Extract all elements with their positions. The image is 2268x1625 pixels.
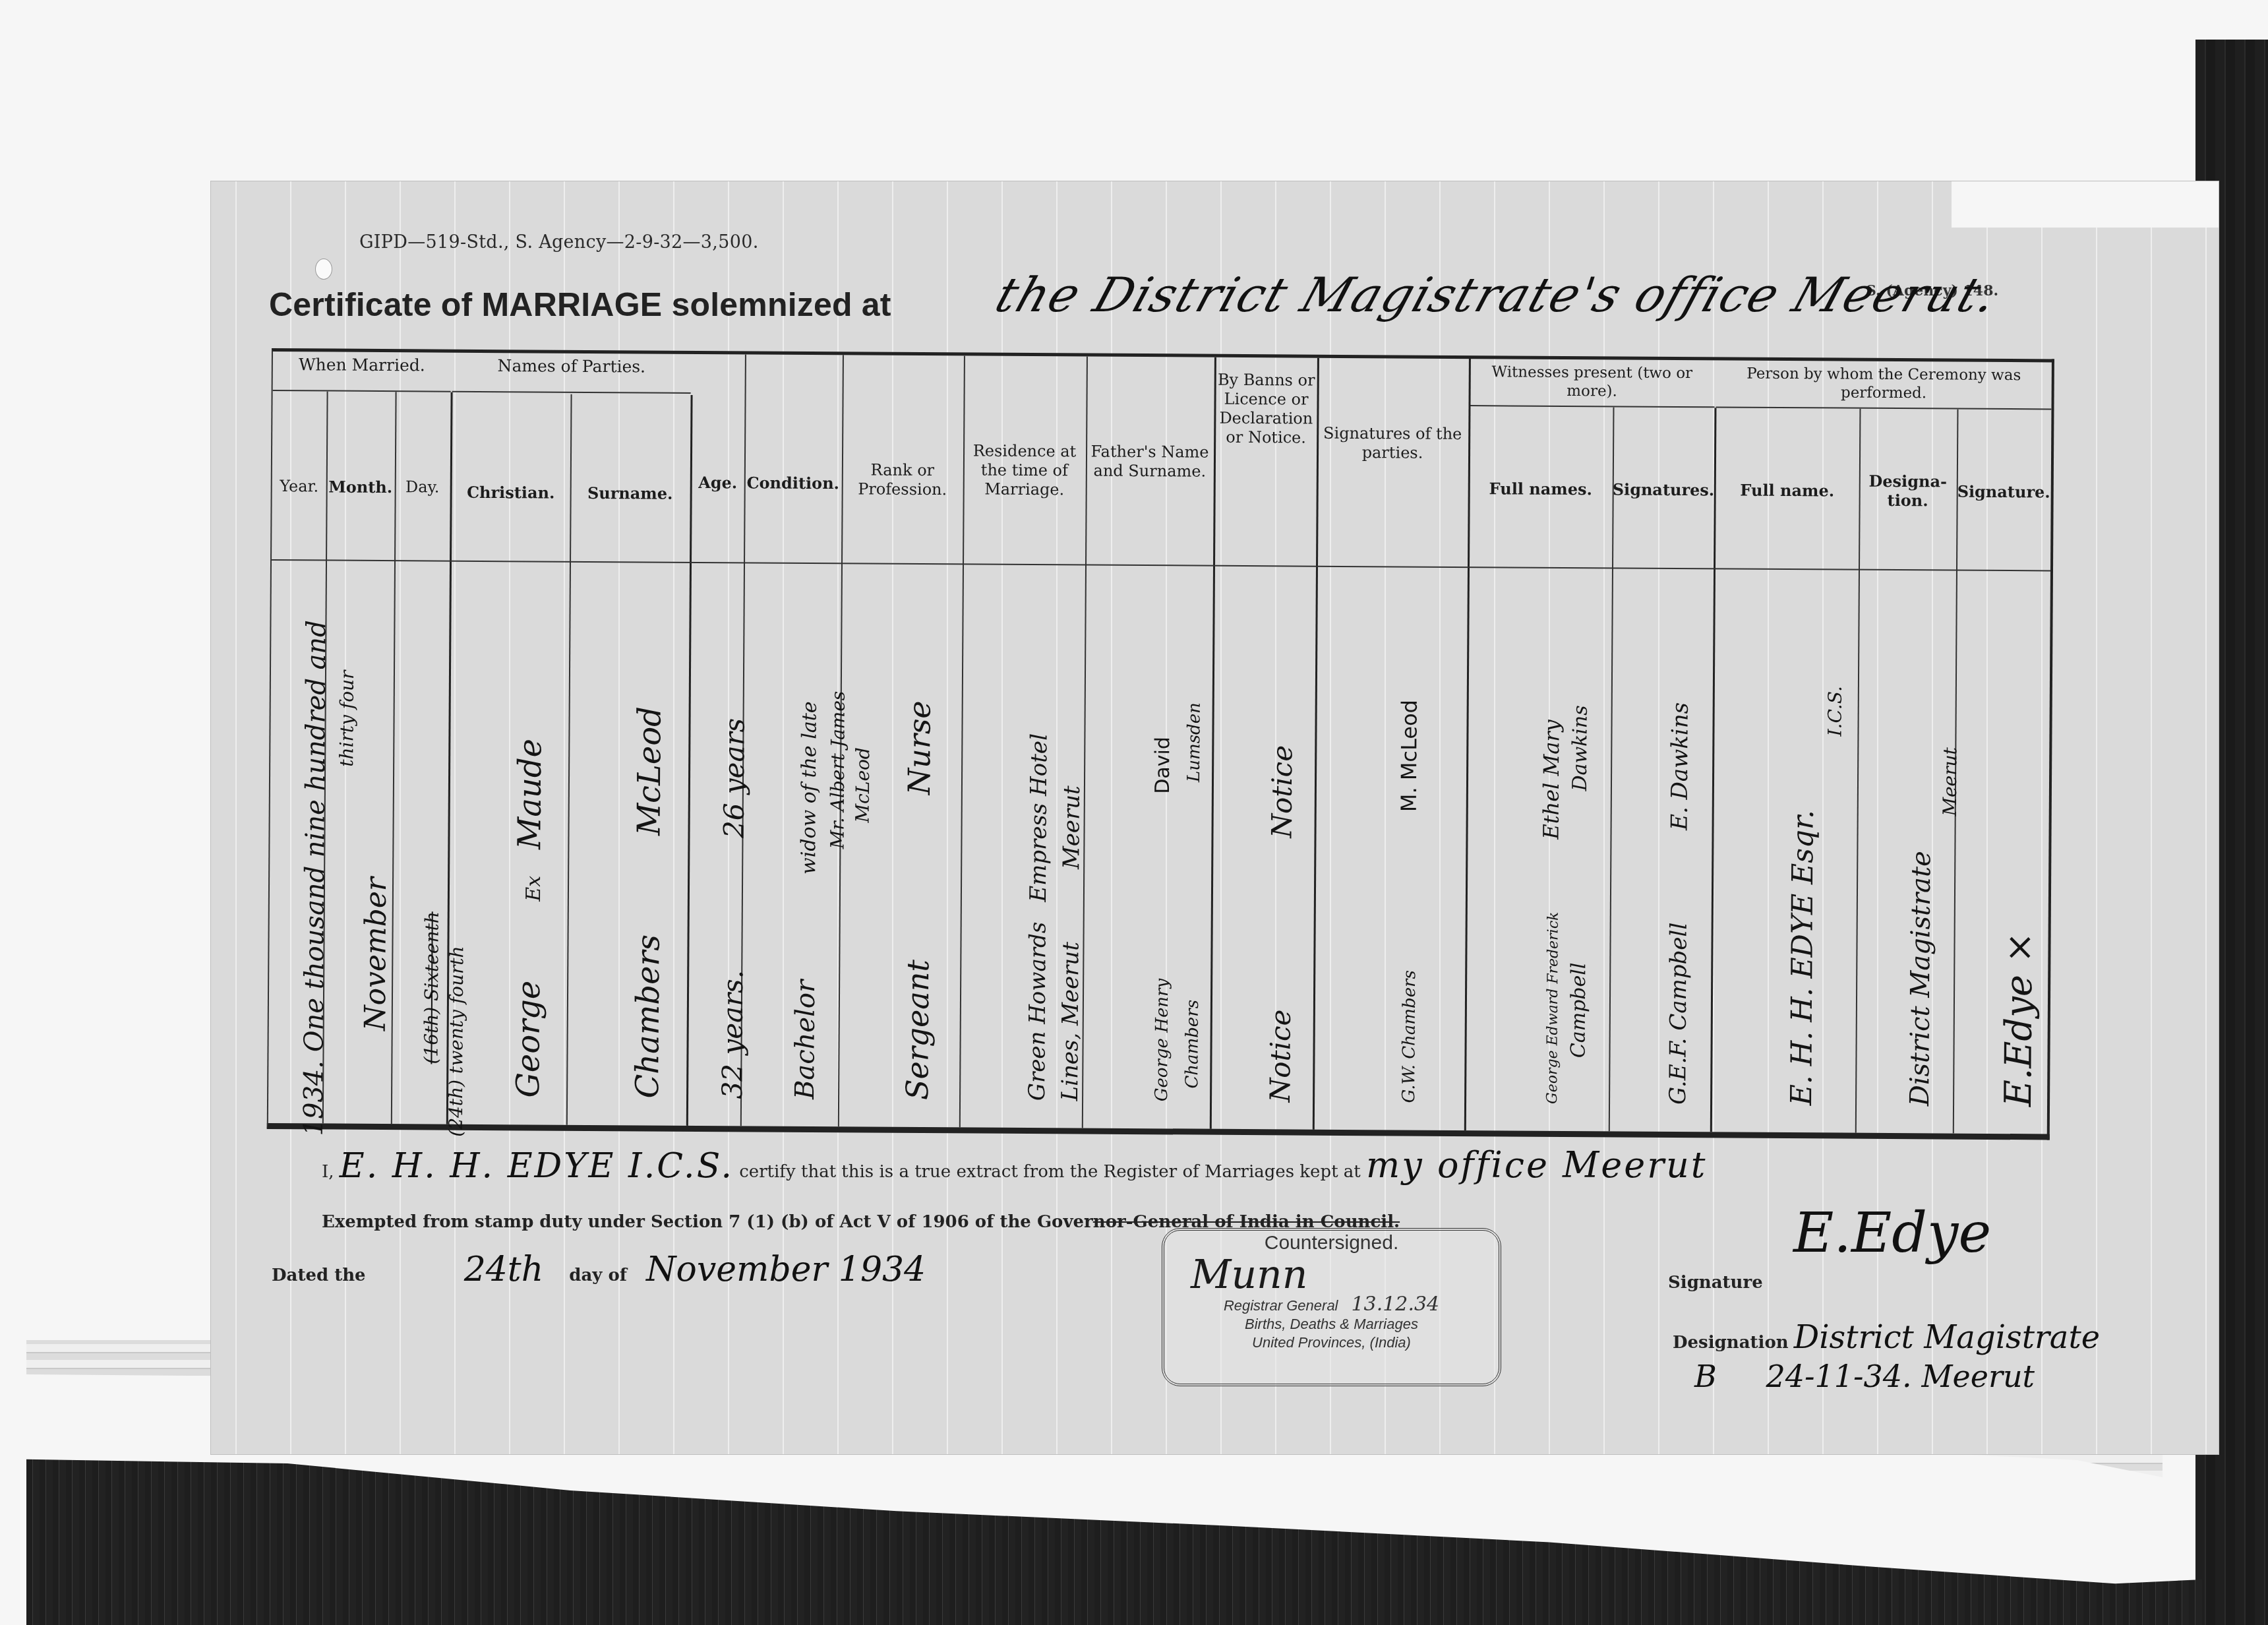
signature-label: Signature [1668,1273,1763,1293]
column-rank-profession: Rank or Profession. SergeantNurse [838,355,965,1127]
header-age: Age. [692,473,744,492]
cell-rank: SergeantNurse [899,586,903,1100]
groom-signature: G.W. Chambers [1399,970,1419,1103]
initial-mark: B [1694,1359,1717,1394]
countersigned-stamp: Countersigned. Munn Registrar General13.… [1162,1228,1501,1386]
cell-banns: NoticeNotice [1262,588,1266,1102]
cell-month: November [357,516,361,1031]
cell-officiant-designation: District Magistrate Meerut [1904,592,1908,1106]
column-witness-signatures: Signatures. G.E.F. CampbellE. Dawkins [1609,407,1717,1132]
header-year: Year. [272,477,326,497]
stamp-registrar-line: Registrar General13.12.34 [1164,1295,1499,1315]
column-party-signatures: Signatures of the parties. G.W. Chambers… [1313,358,1471,1130]
column-surname: Surname. ChambersMcLeod [566,394,693,1126]
certifier-name: E. H. H. EDYE I.C.S. [340,1146,734,1186]
stamp-title: Countersigned. [1164,1232,1499,1254]
column-father-name: Father's Name and Surname. George HenryD… [1082,357,1216,1129]
date-line: Dated the 24th day of November 1934 [272,1250,926,1289]
cell-residence: Green HowardsEmpress Hotel Lines, Meerut… [1021,586,1025,1101]
group-header-names-of-parties: Names of Parties. [452,353,691,394]
dated-month-year: November 1934 [646,1250,926,1289]
designation-place-date: B 24-11-34. Meerut [1694,1359,2035,1394]
bride-condition: widow of the late [797,701,821,874]
header-banns: By Banns or Licence or Declaration or No… [1215,371,1317,448]
bride-christian-name: Maude [511,739,549,849]
cell-witness-signatures: G.E.F. CampbellE. Dawkins [1659,590,1663,1105]
ceremony-location: the District Magistrate's office Meerut. [989,267,2006,322]
column-officiant-designation: Designa- tion. District Magistrate Meeru… [1855,409,1959,1134]
cell-conditions: Bachelorwidow of the late Mr. Albert Jam… [789,585,793,1099]
column-christian-name: Christian. GeorgeExMaude [448,394,572,1125]
cell-day: (16th) Sixteenth (24th) twenty fourth [419,569,423,1136]
print-code: GIPD—519-Std., S. Agency—2-9-32—3,500. [359,232,759,253]
groom-banns: Notice [1264,1009,1297,1102]
countersign-date: 13.12.34 [1352,1293,1440,1316]
cell-ages: 32 years.26 years [714,584,718,1099]
certification-statement: I, E. H. H. EDYE I.C.S. certify that thi… [322,1144,1708,1186]
punch-hole [315,259,332,280]
groom-christian-name: George [510,980,547,1097]
header-surname: Surname. [570,483,690,503]
cell-year: 1934. One thousand nine hundred and thir… [295,568,299,1136]
cell-witness-names: George Edward FrederickEthel Mary Campbe… [1537,590,1541,1104]
header-designation: Designa- tion. [1859,472,1957,510]
column-month: Month. November [322,392,397,1124]
header-residence: Residence at the time of Marriage. [963,441,1087,499]
column-officiant-signature: Signature. E.Edye × [1953,410,2052,1134]
designation-date: 24-11-34. [1766,1359,1911,1394]
column-year: Year. 1934. One thousand nine hundred an… [268,391,328,1123]
header-christian: Christian. [452,483,570,503]
bride-signature: M. McLeod [1396,700,1422,812]
designation-place: Meerut [1921,1359,2035,1394]
marriage-register-table: When Married. Names of Parties. Witnesse… [267,348,2054,1140]
column-witness-names: Full names. George Edward FrederickEthel… [1465,406,1615,1131]
header-officiant-name: Full name. [1716,480,1859,500]
group-header-when-married: When Married. [273,352,451,392]
dated-day: 24th [464,1250,544,1289]
header-officiant-signature: Signature. [1957,482,2051,502]
cell-surnames: ChambersMcLeod [626,584,630,1098]
header-witness-signatures: Signatures. [1613,479,1714,499]
header-witness-names: Full names. [1469,479,1613,499]
register-location: my office Meerut [1366,1144,1708,1186]
cell-party-signatures: G.W. ChambersM. McLeod [1388,588,1392,1103]
cell-officiant-name: E. H. H. EDYE Esqr. I.C.S. [1783,591,1787,1105]
header-rank: Rank or Profession. [842,460,963,499]
designation-label: DesignationDistrict Magistrate [1673,1319,2100,1356]
group-header-officiant: Person by whom the Ceremony was performe… [1716,360,2051,410]
paper-notch [1952,181,2219,228]
bride-rank: Nurse [901,700,938,795]
column-banns-licence: By Banns or Licence or Declaration or No… [1211,357,1319,1130]
column-residence: Residence at the time of Marriage. Green… [959,355,1088,1128]
groom-condition: Bachelor [790,980,821,1099]
column-day: Day. (16th) Sixteenth (24th) twenty four… [391,392,453,1124]
groom-surname: Chambers [629,935,667,1099]
magistrate-signature: E.Edye [1793,1200,1991,1265]
groom-rank: Sergeant [899,960,936,1100]
column-age: Age. 32 years.26 years [688,354,746,1126]
cell-officiant-signature: E.Edye × [2000,592,2004,1107]
correction-initials: Ex [522,876,545,902]
header-father: Father's Name and Surname. [1086,443,1214,481]
cell-christian-names: GeorgeExMaude [507,583,511,1097]
bride-banns: Notice [1265,745,1298,838]
certificate-title: Certificate of MARRIAGE solemnized at [269,286,891,324]
header-day: Day. [395,477,450,497]
header-party-signatures: Signatures of the parties. [1317,424,1468,463]
cell-father-names: George HenryDavid ChambersLumsden [1146,587,1150,1101]
column-officiant-name: Full name. E. H. H. EDYE Esqr. I.C.S. [1712,408,1861,1132]
registrar-signature: Munn [1164,1254,1499,1295]
column-condition: Condition. Bachelorwidow of the late Mr.… [740,354,844,1126]
header-month: Month. [326,477,395,497]
group-header-witnesses: Witnesses present (two or more). [1469,359,1714,408]
designation-value: District Magistrate [1794,1319,2101,1356]
header-condition: Condition. [744,473,842,493]
bride-surname: McLeod [630,706,668,836]
